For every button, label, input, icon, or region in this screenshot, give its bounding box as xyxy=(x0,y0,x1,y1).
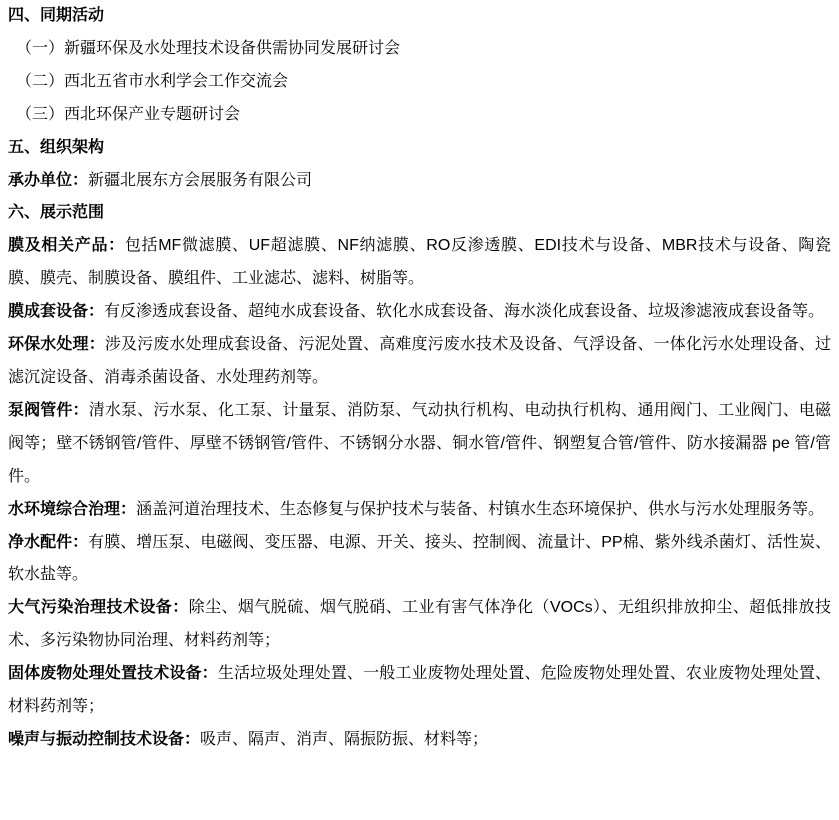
category-text: 涵盖河道治理技术、生态修复与保护技术与装备、村镇水生态环境保护、供水与污水处理服… xyxy=(136,501,824,518)
section-heading-organization: 五、组织架构 xyxy=(8,132,831,165)
scope-category-air-pollution: 大气污染治理技术设备：除尘、烟气脱硫、烟气脱硝、工业有害气体净化（VOCs）、无… xyxy=(8,592,831,658)
category-label: 大气污染治理技术设备： xyxy=(8,599,189,616)
organizer-paragraph: 承办单位：新疆北展东方会展服务有限公司 xyxy=(8,165,831,198)
category-text: 清水泵、污水泵、化工泵、计量泵、消防泵、气动执行机构、电动执行机构、通用阀门、工… xyxy=(8,402,831,485)
category-text: 涉及污废水处理成套设备、污泥处置、高难度污废水技术及设备、气浮设备、一体化污水处… xyxy=(8,336,831,386)
document-body: 四、同期活动 （一）新疆环保及水处理技术设备供需协同发展研讨会 （二）西北五省市… xyxy=(8,0,831,757)
activity-list-item: （二）西北五省市水利学会工作交流会 xyxy=(8,66,831,99)
category-label: 净水配件： xyxy=(8,534,88,551)
section-heading-scope: 六、展示范围 xyxy=(8,197,831,230)
activity-list-item: （三）西北环保产业专题研讨会 xyxy=(8,99,831,132)
category-label: 泵阀管件： xyxy=(8,402,89,419)
scope-category-membrane-products: 膜及相关产品：包括MF微滤膜、UF超滤膜、NF纳滤膜、RO反渗透膜、EDI技术与… xyxy=(8,230,831,296)
category-label: 膜及相关产品： xyxy=(8,237,125,254)
category-label: 膜成套设备： xyxy=(8,303,104,320)
category-label: 固体废物处理处置技术设备： xyxy=(8,665,218,682)
organizer-text: 新疆北展东方会展服务有限公司 xyxy=(88,172,312,189)
category-label: 水环境综合治理： xyxy=(8,501,136,518)
category-text: 包括MF微滤膜、UF超滤膜、NF纳滤膜、RO反渗透膜、EDI技术与设备、MBR技… xyxy=(8,237,831,287)
scope-category-pumps-valves: 泵阀管件：清水泵、污水泵、化工泵、计量泵、消防泵、气动执行机构、电动执行机构、通… xyxy=(8,395,831,494)
category-text: 吸声、隔声、消声、隔振防振、材料等； xyxy=(200,731,488,748)
category-label: 噪声与振动控制技术设备： xyxy=(8,731,200,748)
scope-category-noise-vibration: 噪声与振动控制技术设备：吸声、隔声、消声、隔振防振、材料等； xyxy=(8,724,831,757)
organizer-label: 承办单位： xyxy=(8,172,88,189)
category-text: 有膜、增压泵、电磁阀、变压器、电源、开关、接头、控制阀、流量计、PP棉、紫外线杀… xyxy=(8,534,831,584)
category-text: 有反渗透成套设备、超纯水成套设备、软化水成套设备、海水淡化成套设备、垃圾渗滤液成… xyxy=(104,303,824,320)
scope-category-water-treatment: 环保水处理：涉及污废水处理成套设备、污泥处置、高难度污废水技术及设备、气浮设备、… xyxy=(8,329,831,395)
scope-category-membrane-equipment: 膜成套设备：有反渗透成套设备、超纯水成套设备、软化水成套设备、海水淡化成套设备、… xyxy=(8,296,831,329)
activity-list-item: （一）新疆环保及水处理技术设备供需协同发展研讨会 xyxy=(8,33,831,66)
scope-category-solid-waste: 固体废物处理处置技术设备：生活垃圾处理处置、一般工业废物处理处置、危险废物处理处… xyxy=(8,658,831,724)
scope-category-water-environment: 水环境综合治理：涵盖河道治理技术、生态修复与保护技术与装备、村镇水生态环境保护、… xyxy=(8,494,831,527)
category-label: 环保水处理： xyxy=(8,336,105,353)
scope-category-purification-parts: 净水配件：有膜、增压泵、电磁阀、变压器、电源、开关、接头、控制阀、流量计、PP棉… xyxy=(8,527,831,593)
section-heading-activities: 四、同期活动 xyxy=(8,0,831,33)
